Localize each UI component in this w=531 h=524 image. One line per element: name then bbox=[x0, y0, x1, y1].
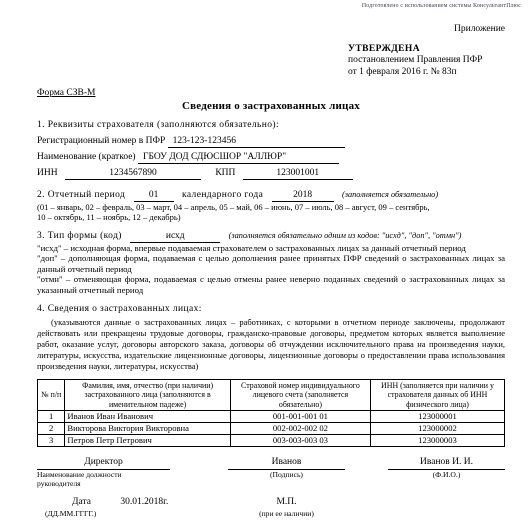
cell-snils: 001-001-001 01 bbox=[230, 411, 370, 423]
section-insurer-details: 1. Реквизиты страхователя (заполняются о… bbox=[37, 120, 505, 180]
cell-fio: Иванов Иван Иванович bbox=[65, 411, 230, 423]
col-header-inn: ИНН (заполняется при наличии у страховат… bbox=[370, 379, 504, 410]
inn-field: 1234567890 bbox=[65, 168, 201, 180]
form-type-desc-otmn: "отмн" – отменяющая форма, подаваемая с … bbox=[37, 274, 505, 295]
position-caption-line1: Наименование должности bbox=[37, 470, 170, 479]
months-legend-line2: 10 – октябрь, 11 – ноябрь, 12 – декабрь) bbox=[37, 212, 505, 222]
period-field: 01 bbox=[134, 190, 174, 202]
position-caption-line2: руководителя bbox=[37, 479, 170, 488]
table-row: 1 Иванов Иван Иванович 001-001-001 01 12… bbox=[38, 411, 505, 423]
date-label: Дата bbox=[72, 497, 91, 507]
reg-number-label: Регистрационный номер в ПФР bbox=[37, 136, 165, 146]
cell-snils: 003-003-003 03 bbox=[230, 435, 370, 447]
cell-number: 2 bbox=[38, 423, 65, 435]
form-type-line: 3. Тип формы (код) исхд (заполняется обя… bbox=[37, 231, 505, 243]
footer-row: Дата 30.01.2018г. (ДД.ММ.ГГГГ.) М.П. (пр… bbox=[37, 497, 505, 518]
table-row: 3 Петров Петр Петрович 003-003-003 03 12… bbox=[38, 435, 505, 447]
position-signature-block: Директор Наименование должности руководи… bbox=[37, 457, 170, 488]
inn-kpp-line: ИНН 1234567890 КПП 123001001 bbox=[37, 168, 505, 180]
section-reporting-period: 2. Отчетный период 01 календарного года … bbox=[37, 190, 505, 222]
year-field: 2018 bbox=[272, 190, 334, 202]
position-value: Директор bbox=[37, 457, 170, 470]
cell-fio: Викторова Виктория Викторовна bbox=[65, 423, 230, 435]
section3-note: (заполняется обязательно одним из кодов:… bbox=[229, 231, 462, 240]
col-header-snils: Страховой номер индивидуального лицевого… bbox=[230, 379, 370, 410]
cell-inn: 123000003 bbox=[370, 435, 504, 447]
form-type-desc-dop: "доп" – дополняющая форма, подаваемая с … bbox=[37, 253, 505, 274]
szv-m-document-page: Подготовлено с использованием системы Ко… bbox=[0, 0, 531, 524]
form-name-label: Форма СЗВ-М bbox=[37, 88, 95, 100]
date-value: 30.01.2018г. bbox=[120, 497, 168, 507]
section4-description: (указываются данные о застрахованных лиц… bbox=[37, 317, 505, 371]
reg-number-field: 123-123-123456 bbox=[168, 136, 345, 148]
reporting-period-line: 2. Отчетный период 01 календарного года … bbox=[37, 190, 505, 202]
approval-stamp: УТВЕРЖДЕНА постановлением Правления ПФР … bbox=[348, 44, 505, 79]
fio-caption: (Ф.И.О.) bbox=[388, 470, 505, 479]
stamp-caption: (при ее наличии) bbox=[228, 509, 345, 518]
date-format-caption: (ДД.ММ.ГГГГ.) bbox=[45, 509, 228, 518]
cell-snils: 002-002-002 02 bbox=[230, 423, 370, 435]
date-block: Дата 30.01.2018г. (ДД.ММ.ГГГГ.) bbox=[37, 497, 228, 518]
signature-block: Иванов (Подпись) bbox=[228, 457, 345, 488]
stamp-block: М.П. (при ее наличии) bbox=[228, 497, 345, 518]
document-title: Сведения о застрахованных лицах bbox=[37, 100, 505, 114]
table-row: 2 Викторова Виктория Викторовна 002-002-… bbox=[38, 423, 505, 435]
cell-inn: 123000002 bbox=[370, 423, 504, 435]
section4-heading: 4. Сведения о застрахованных лицах: bbox=[37, 304, 505, 316]
section3-heading: 3. Тип формы (код) bbox=[37, 231, 122, 241]
months-legend-line1: (01 – январь, 02 – февраль, 03 – март, 0… bbox=[37, 202, 505, 212]
cell-fio: Петров Петр Петрович bbox=[65, 435, 230, 447]
signature-row: Директор Наименование должности руководи… bbox=[37, 457, 505, 488]
calendar-year-label: календарного года bbox=[182, 190, 263, 200]
approved-date: от 1 февраля 2016 г. № 83п bbox=[348, 67, 505, 79]
col-header-number: № п/п bbox=[38, 379, 65, 410]
kpp-field: 123001001 bbox=[243, 168, 353, 180]
consultantplus-watermark: Подготовлено с использованием системы Ко… bbox=[362, 3, 521, 10]
stamp-label: М.П. bbox=[228, 497, 345, 509]
table-header-row: № п/п Фамилия, имя, отчество (при наличи… bbox=[38, 379, 505, 410]
section2-heading: 2. Отчетный период bbox=[37, 190, 125, 200]
inn-label: ИНН bbox=[37, 168, 58, 178]
cell-inn: 123000001 bbox=[370, 411, 504, 423]
col-header-fio: Фамилия, имя, отчество (при наличии) зас… bbox=[65, 379, 230, 410]
cell-number: 3 bbox=[38, 435, 65, 447]
form-type-field: исхд bbox=[130, 231, 220, 243]
reg-number-line: Регистрационный номер в ПФР 123-123-1234… bbox=[37, 136, 505, 148]
short-name-label: Наименование (краткое) bbox=[37, 152, 136, 162]
kpp-label: КПП bbox=[215, 168, 235, 178]
section-form-type: 3. Тип формы (код) исхд (заполняется обя… bbox=[37, 231, 505, 296]
short-name-field: ГБОУ ДОД СДЮСШОР "АЛЛЮР" bbox=[138, 152, 339, 164]
cell-number: 1 bbox=[38, 411, 65, 423]
insured-persons-table: № п/п Фамилия, имя, отчество (при наличи… bbox=[37, 379, 505, 447]
short-name-line: Наименование (краткое) ГБОУ ДОД СДЮСШОР … bbox=[37, 152, 505, 164]
form-type-desc-iskhd: "исхд" – исходная форма, впервые подавае… bbox=[37, 243, 505, 254]
approved-by: постановлением Правления ПФР bbox=[348, 55, 505, 67]
fio-value: Иванов И. И. bbox=[388, 457, 505, 470]
fio-block: Иванов И. И. (Ф.И.О.) bbox=[388, 457, 505, 488]
approved-title: УТВЕРЖДЕНА bbox=[348, 44, 505, 56]
signature-value: Иванов bbox=[228, 457, 345, 470]
section1-heading: 1. Реквизиты страхователя (заполняются о… bbox=[37, 120, 505, 132]
section-insured-persons: 4. Сведения о застрахованных лицах: (ука… bbox=[37, 304, 505, 371]
signature-caption: (Подпись) bbox=[228, 470, 345, 479]
section2-note: (заполняется обязательно) bbox=[342, 190, 438, 199]
